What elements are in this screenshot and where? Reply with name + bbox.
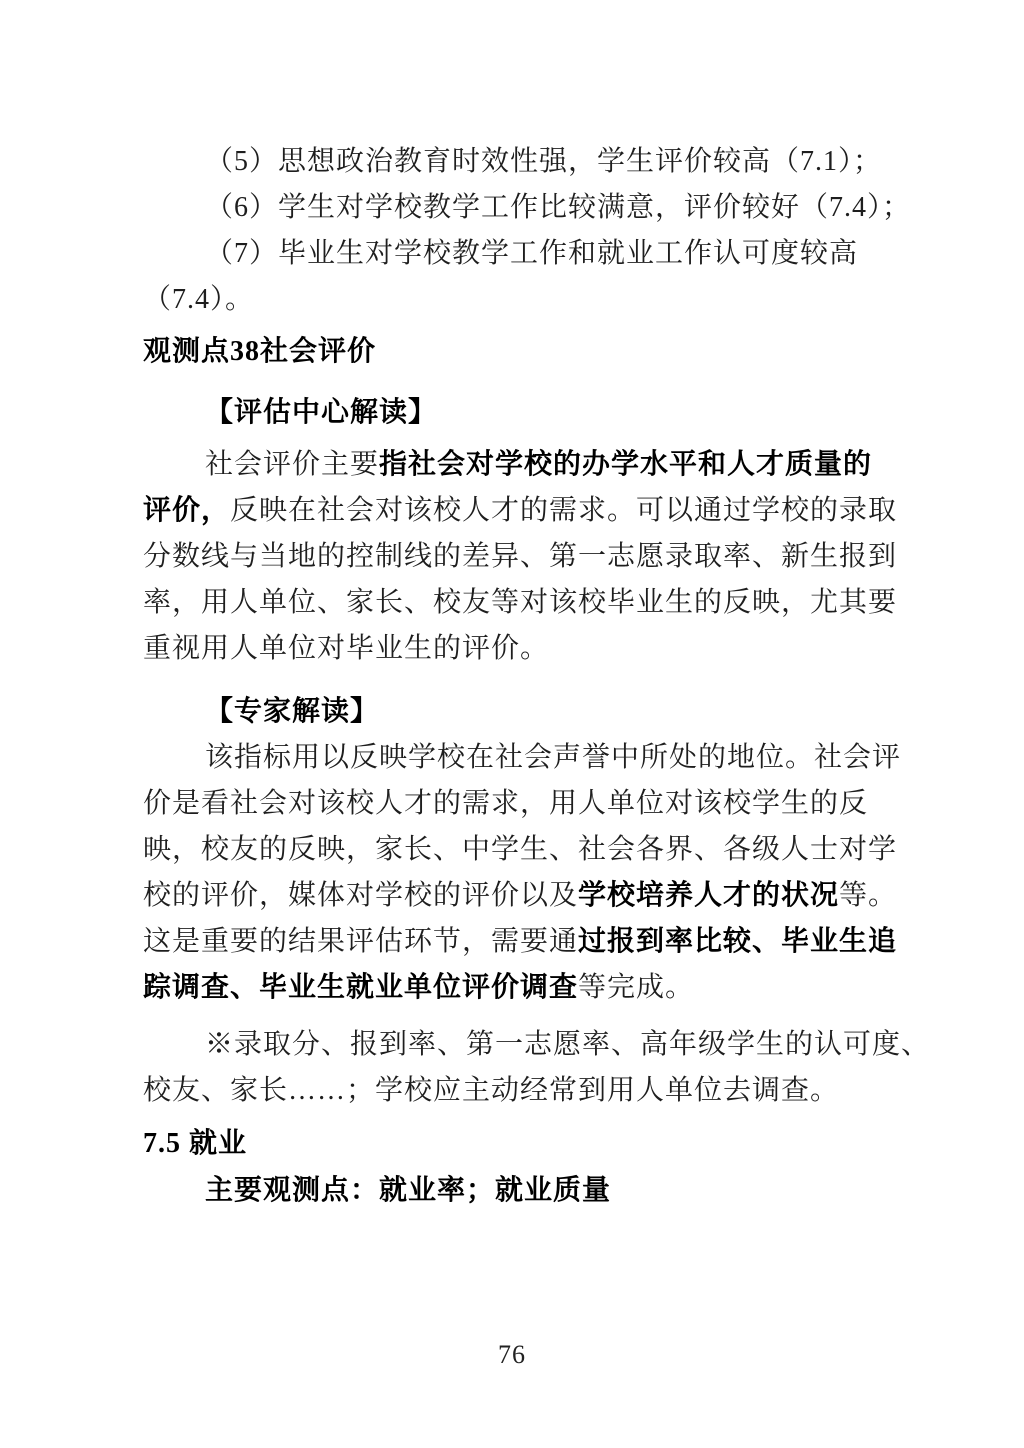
text-segment-bold: 踪调查、毕业生就业单位评价调查 [143,972,578,1003]
employment-section-heading-text: 7.5 就业 [143,1128,247,1159]
text-segment-bold: 学校培养人才的状况 [578,880,839,911]
text-segment: 等完成。 [578,972,694,1003]
expert-para-line-2: 价是看社会对该校人才的需求，用人单位对该校学生的反 [143,781,883,827]
expert-para-line-3: 映，校友的反映，家长、中学生、社会各界、各级人士对学 [143,827,883,873]
list-item-5: （5）思想政治教育时效性强，学生评价较高（7.1）； [143,139,883,185]
text-segment-bold: 指社会对学校的办学水平和人才质量的 [379,449,872,480]
text-segment: 反映在社会对该校人才的需求。可以通过学校的录取 [230,495,897,526]
text-block: （5）思想政治教育时效性强，学生评价较高（7.1）； （6）学生对学校教学工作比… [143,139,883,1214]
expert-para-line-6: 踪调查、毕业生就业单位评价调查等完成。 [143,965,883,1011]
note-line-2: 校友、家长……；学校应主动经常到用人单位去调查。 [143,1068,883,1114]
text-segment-bold: 评价， [143,495,230,526]
document-page: （5）思想政治教育时效性强，学生评价较高（7.1）； （6）学生对学校教学工作比… [0,0,1024,1448]
text-segment: 等。 [839,880,897,911]
center-para-line-2: 评价，反映在社会对该校人才的需求。可以通过学校的录取 [143,488,883,534]
list-item-6: （6）学生对学校教学工作比较满意，评价较好（7.4）； [143,185,883,231]
text-segment: 校的评价，媒体对学校的评价以及 [143,880,578,911]
text-segment: 这是重要的结果评估环节，需要通 [143,926,578,957]
center-para-line-4: 率，用人单位、家长、校友等对该校毕业生的反映，尤其要 [143,580,883,626]
text-segment: 社会评价主要 [205,449,379,480]
expert-para-line-1: 该指标用以反映学校在社会声誉中所处的地位。社会评 [143,735,883,781]
employment-observation-points: 主要观测点：就业率；就业质量 [143,1168,883,1214]
center-para-line-1: 社会评价主要指社会对学校的办学水平和人才质量的 [143,442,883,488]
observation-point-heading-text: 观测点38社会评价 [143,336,376,367]
center-para-line-3: 分数线与当地的控制线的差异、第一志愿录取率、新生报到 [143,534,883,580]
expert-para-line-4: 校的评价，媒体对学校的评价以及学校培养人才的状况等。 [143,873,883,919]
note-line-1: ※录取分、报到率、第一志愿率、高年级学生的认可度、 [143,1022,883,1068]
list-item-7-line2: （7.4）。 [143,277,883,323]
list-item-7-line1: （7）毕业生对学校教学工作和就业工作认可度较高 [143,231,883,277]
center-reading-label-text: 【评估中心解读】 [205,397,437,428]
expert-para-line-5: 这是重要的结果评估环节，需要通过报到率比较、毕业生追 [143,919,883,965]
employment-section-heading: 7.5 就业 [143,1121,883,1167]
expert-reading-label-text: 【专家解读】 [205,696,379,727]
observation-point-heading: 观测点38社会评价 [143,329,883,375]
text-segment-bold: 过报到率比较、毕业生追 [578,926,897,957]
center-reading-label: 【评估中心解读】 [143,390,883,436]
employment-observation-points-text: 主要观测点：就业率；就业质量 [205,1175,611,1206]
expert-reading-label: 【专家解读】 [143,689,883,735]
center-para-line-5: 重视用人单位对毕业生的评价。 [143,626,883,672]
page-number: 76 [0,1340,1024,1370]
